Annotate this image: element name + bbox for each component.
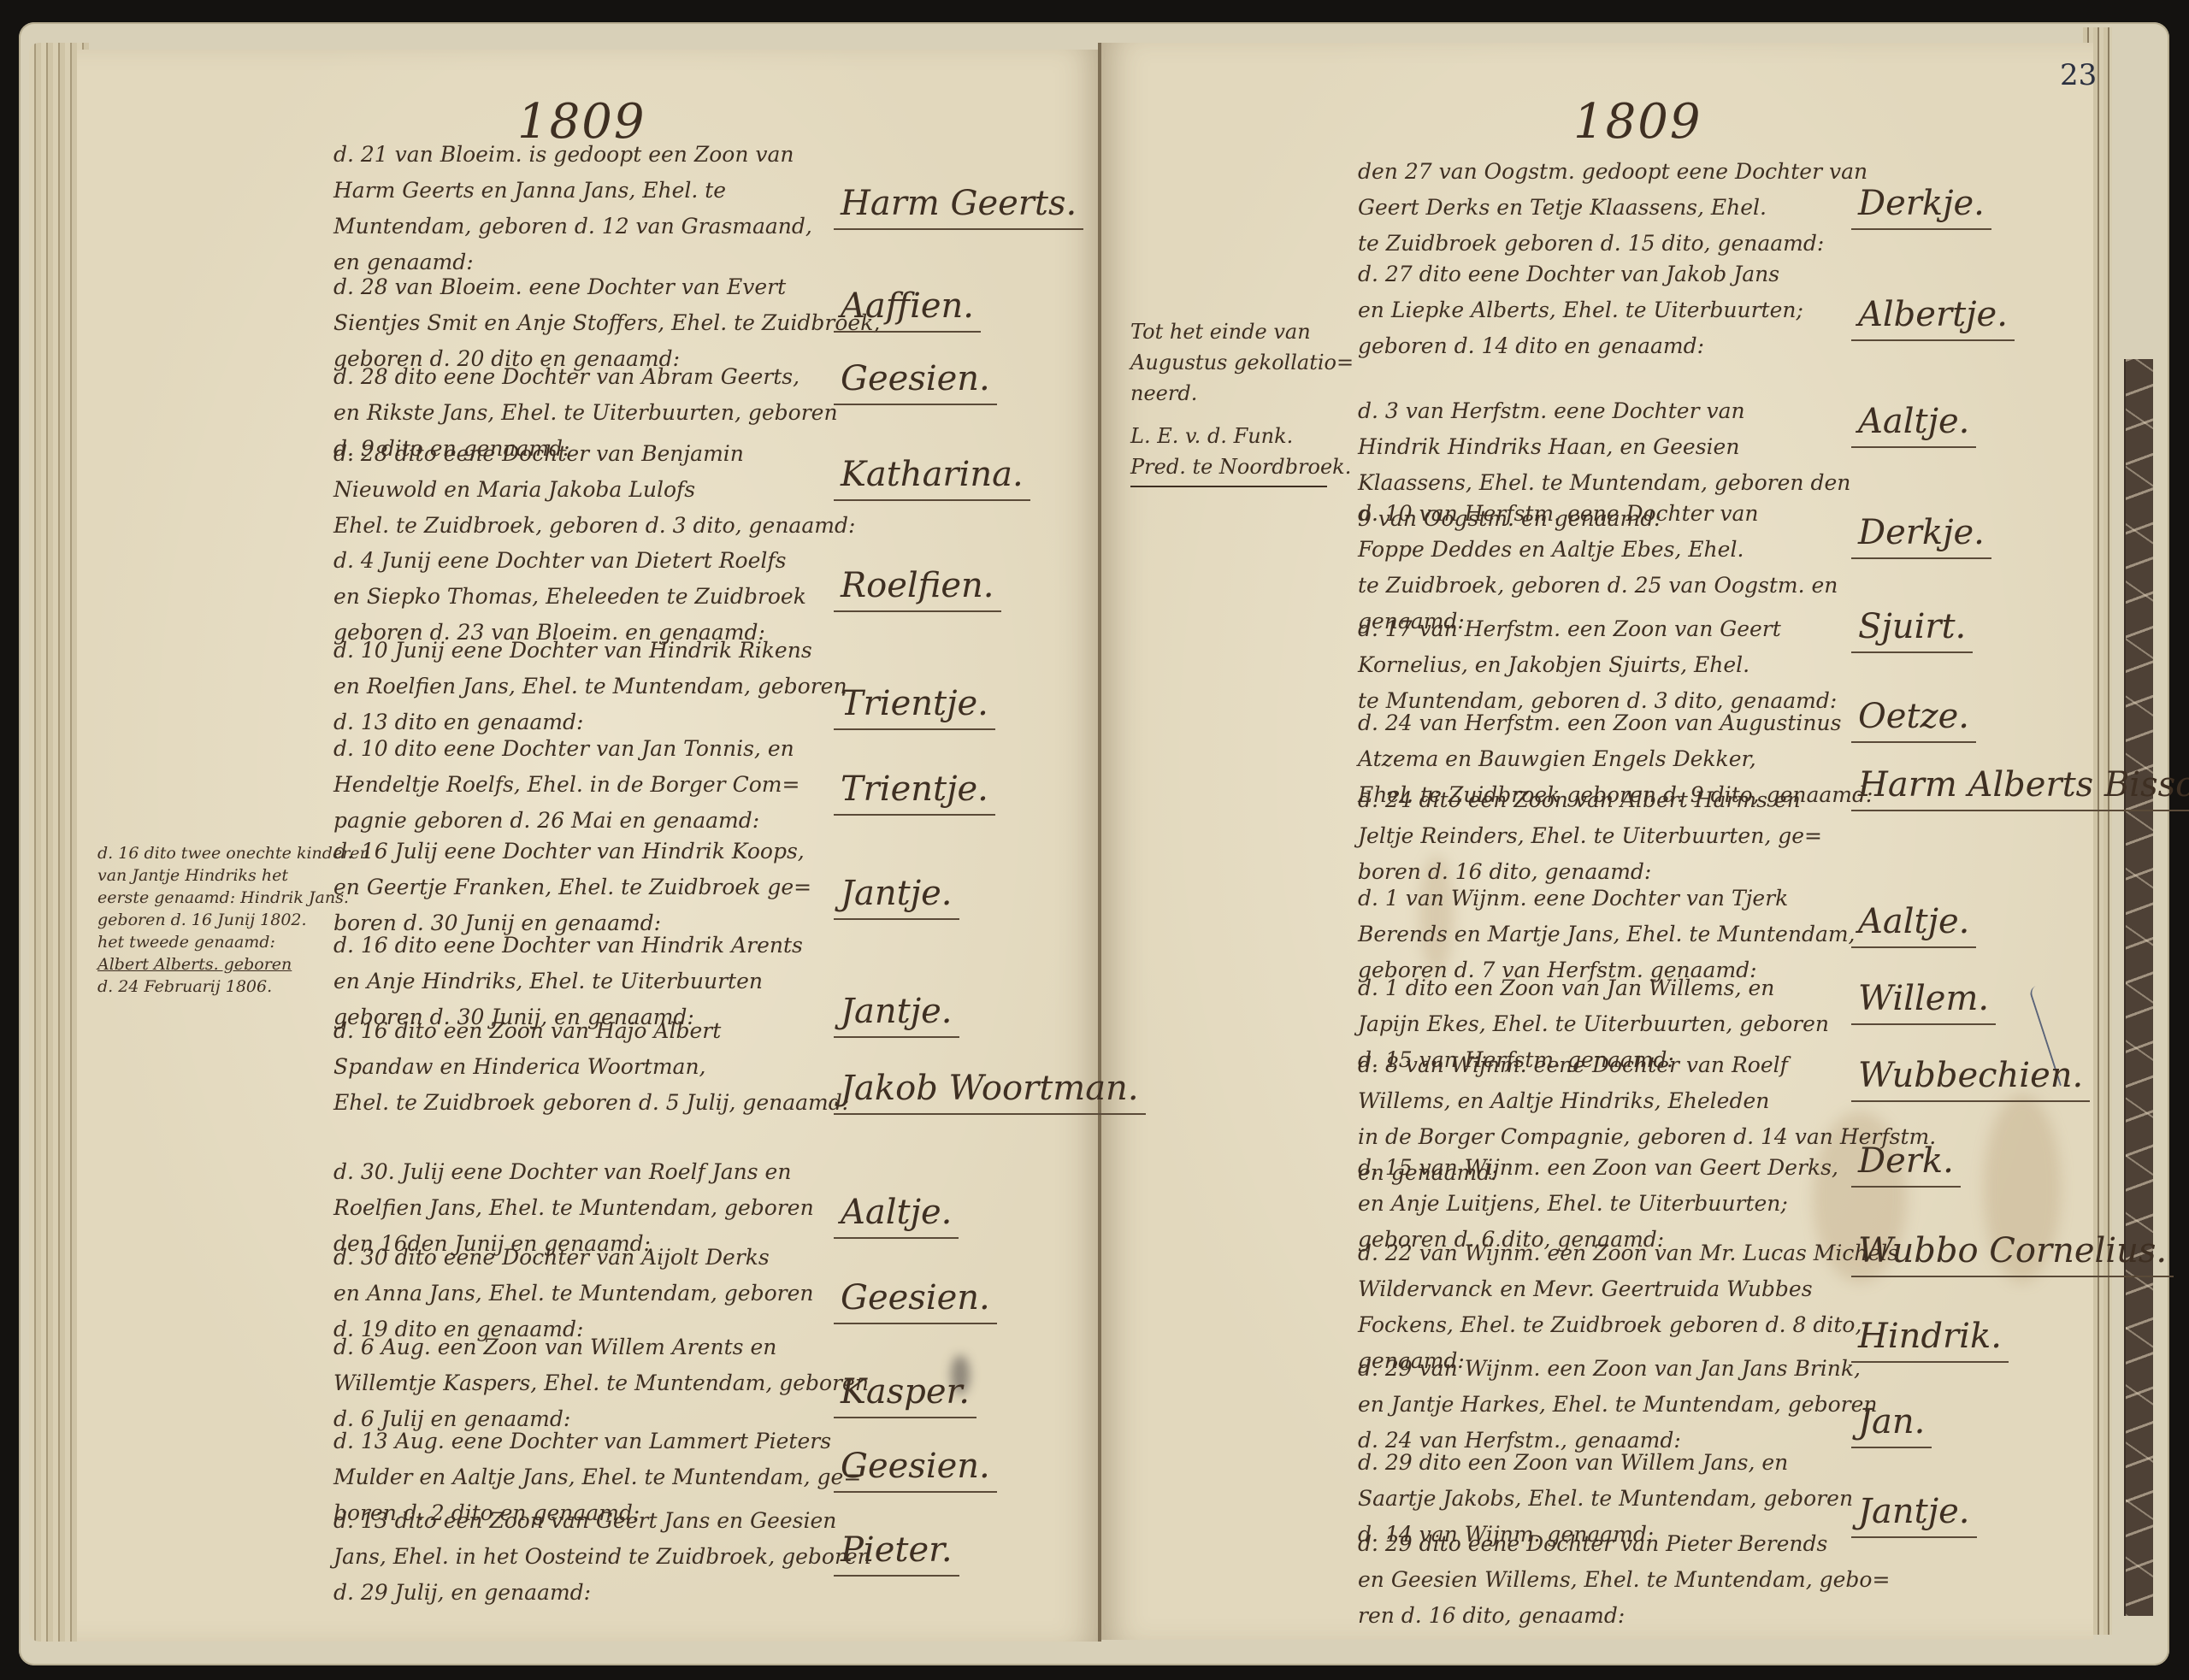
child-name: Harm Geerts. (834, 184, 1083, 230)
child-name: Aaltje. (1851, 902, 1976, 948)
entry-line: Ehel. te Zuidbroek geboren d. 5 Julij, g… (333, 1085, 864, 1121)
collation-line: neerd. (1130, 378, 1354, 409)
entry-line: d. 28 van Bloeim. eene Dochter van Evert (333, 269, 864, 305)
entry-line: Sientjes Smit en Anje Stoffers, Ehel. te… (333, 305, 864, 341)
entry-line: en Geesien Willems, Ehel. te Muntendam, … (1358, 1562, 1888, 1598)
entry-line: ren d. 16 dito, genaamd: (1358, 1598, 1888, 1634)
entry-line: d. 17 van Herfstm. een Zoon van Geert (1358, 611, 1888, 647)
child-name: Geesien. (834, 1447, 997, 1493)
entry-line: Atzema en Bauwgien Engels Dekker, (1358, 741, 1888, 777)
entry-line: Jans, Ehel. in het Oosteind te Zuidbroek… (333, 1539, 864, 1575)
child-name: Roelfien. (834, 566, 1001, 612)
baptism-entry: d. 17 van Herfstm. een Zoon van GeertKor… (1358, 611, 1888, 719)
baptism-entry: d. 6 Aug. een Zoon van Willem Arents enW… (333, 1329, 864, 1437)
entry-line: Roelfien Jans, Ehel. te Muntendam, gebor… (333, 1190, 864, 1226)
child-name: Derk. (1851, 1141, 1961, 1188)
child-name: Oetze. (1851, 697, 1976, 743)
entry-line: Nieuwold en Maria Jakoba Lulofs (333, 472, 864, 508)
child-name: Kasper. (834, 1372, 976, 1418)
child-name: Derkje. (1851, 184, 1991, 230)
book-gutter (1098, 43, 1101, 1642)
margin-note-line: het tweede genaamd: (97, 931, 370, 953)
entry-line: d. 13 dito een Zoon van Geert Jans en Ge… (333, 1503, 864, 1539)
entry-line: en Rikste Jans, Ehel. te Uiterbuurten, g… (333, 395, 864, 431)
entry-line: d. 22 van Wijnm. een Zoon van Mr. Lucas … (1358, 1235, 1888, 1271)
entry-line: d. 27 dito eene Dochter van Jakob Jans (1358, 256, 1888, 292)
entry-line: Japijn Ekes, Ehel. te Uiterbuurten, gebo… (1358, 1006, 1888, 1042)
entry-line: d. 24 van Herfstm. een Zoon van Augustin… (1358, 705, 1888, 741)
entry-line: en Roelfien Jans, Ehel. te Muntendam, ge… (333, 669, 864, 704)
entry-line: d. 29 van Wijnm. een Zoon van Jan Jans B… (1358, 1351, 1888, 1387)
margin-note-line: d. 24 Februarij 1806. (97, 976, 370, 998)
entry-line: Muntendam, geboren d. 12 van Grasmaand, (333, 209, 864, 245)
baptism-entry: d. 21 van Bloeim. is gedoopt een Zoon va… (333, 137, 864, 280)
entry-line: d. 16 Julij eene Dochter van Hindrik Koo… (333, 834, 864, 869)
collation-signature-title: Pred. te Noordbroek. (1130, 451, 1354, 482)
entry-line: Harm Geerts en Janna Jans, Ehel. te (333, 173, 864, 209)
entry-line: Kornelius, en Jakobjen Sjuirts, Ehel. (1358, 647, 1888, 683)
entry-line: d. 29 dito een Zoon van Willem Jans, en (1358, 1445, 1888, 1481)
margin-note-line: Albert Alberts. geboren (97, 953, 370, 976)
margin-note-line: eerste genaamd: Hindrik Jans. (97, 887, 370, 909)
child-name: Aaltje. (1851, 402, 1976, 448)
entry-line: d. 29 dito eene Dochter van Pieter Beren… (1358, 1526, 1888, 1562)
entry-line: te Zuidbroek, geboren d. 25 van Oogstm. … (1358, 568, 1888, 604)
entry-line: en Anje Hindriks, Ehel. te Uiterbuurten (333, 964, 864, 999)
entry-line: Hendeltje Roelfs, Ehel. in de Borger Com… (333, 767, 864, 803)
baptism-entry: d. 27 dito eene Dochter van Jakob Jansen… (1358, 256, 1888, 364)
entry-line: Fockens, Ehel. te Zuidbroek geboren d. 8… (1358, 1307, 1888, 1343)
entry-line: en Geertje Franken, Ehel. te Zuidbroek g… (333, 869, 864, 905)
child-name: Derkje. (1851, 513, 1991, 559)
entry-line: Willemtje Kaspers, Ehel. te Muntendam, g… (333, 1365, 864, 1401)
entry-line: d. 6 Aug. een Zoon van Willem Arents en (333, 1329, 864, 1365)
entry-line: d. 15 van Wijnm. een Zoon van Geert Derk… (1358, 1150, 1888, 1186)
entry-line: Ehel. te Zuidbroek, geboren d. 3 dito, g… (333, 508, 864, 544)
entry-line: en Liepke Alberts, Ehel. te Uiterbuurten… (1358, 292, 1888, 328)
entry-line: d. 30. Julij eene Dochter van Roelf Jans… (333, 1154, 864, 1190)
child-name: Geesien. (834, 359, 997, 405)
child-name: Wubbechien. (1851, 1056, 2090, 1102)
margin-note-line: d. 16 dito twee onechte kinderen (97, 842, 370, 864)
baptism-entry: d. 10 Junij eene Dochter van Hindrik Rik… (333, 633, 864, 740)
collation-line: Tot het einde van (1130, 316, 1354, 347)
baptism-entry: d. 28 dito eene Dochter van BenjaminNieu… (333, 436, 864, 544)
entry-line: Spandaw en Hinderica Woortman, (333, 1049, 864, 1085)
child-name: Wubbo Cornelius. (1851, 1231, 2174, 1277)
baptism-entry: d. 10 dito eene Dochter van Jan Tonnis, … (333, 731, 864, 839)
entry-line: d. 13 Aug. eene Dochter van Lammert Piet… (333, 1424, 864, 1459)
child-name: Geesien. (834, 1278, 997, 1324)
entry-line: Berends en Martje Jans, Ehel. te Muntend… (1358, 917, 1888, 952)
entry-line: d. 24 dito een Zoon van Albert Harms en (1358, 782, 1888, 818)
child-name: Willem. (1851, 979, 1996, 1025)
child-name: Jan. (1851, 1402, 1932, 1448)
child-name: Albertje. (1851, 295, 2015, 341)
folio-number: 23 (2060, 58, 2097, 92)
entry-line: geboren d. 14 dito en genaamd: (1358, 328, 1888, 364)
marbled-cover-edge (2124, 359, 2153, 1616)
entry-line: d. 1 van Wijnm. eene Dochter van Tjerk (1358, 881, 1888, 917)
baptism-entry: d. 16 Julij eene Dochter van Hindrik Koo… (333, 834, 864, 941)
child-name: Jakob Woortman. (834, 1069, 1146, 1115)
entry-line: Foppe Deddes en Aaltje Ebes, Ehel. (1358, 532, 1888, 568)
baptism-entry: d. 29 van Wijnm. een Zoon van Jan Jans B… (1358, 1351, 1888, 1459)
signature-flourish (1130, 486, 1327, 487)
child-name: Jantje. (1851, 1492, 1977, 1538)
entry-line: d. 3 van Herfstm. eene Dochter van (1358, 393, 1888, 429)
child-name: Aaltje. (834, 1193, 959, 1239)
margin-note-line: van Jantje Hindriks het (97, 864, 370, 887)
entry-line: d. 10 dito eene Dochter van Jan Tonnis, … (333, 731, 864, 767)
margin-note-illegitimate-children: d. 16 dito twee onechte kinderen van Jan… (97, 842, 370, 998)
entry-line: d. 21 van Bloeim. is gedoopt een Zoon va… (333, 137, 864, 173)
entry-line: en Jantje Harkes, Ehel. te Muntendam, ge… (1358, 1387, 1888, 1423)
entry-line: Jeltje Reinders, Ehel. te Uiterbuurten, … (1358, 818, 1888, 854)
child-name: Sjuirt. (1851, 607, 1973, 653)
entry-line: Wildervanck en Mevr. Geertruida Wubbes (1358, 1271, 1888, 1307)
entry-line: d. 29 Julij, en genaamd: (333, 1575, 864, 1611)
entry-line: d. 28 dito eene Dochter van Benjamin (333, 436, 864, 472)
margin-note-line: geboren d. 16 Junij 1802. (97, 909, 370, 931)
baptism-entry: d. 13 dito een Zoon van Geert Jans en Ge… (333, 1503, 864, 1611)
entry-line: d. 28 dito eene Dochter van Abram Geerts… (333, 359, 864, 395)
child-name: Pieter. (834, 1530, 959, 1577)
entry-line: Saartje Jakobs, Ehel. te Muntendam, gebo… (1358, 1481, 1888, 1517)
baptism-entry: d. 29 dito eene Dochter van Pieter Beren… (1358, 1526, 1888, 1634)
entry-line: d. 1 dito een Zoon van Jan Willems, en (1358, 970, 1888, 1006)
entry-line: d. 30 dito eene Dochter van Aijolt Derks (333, 1240, 864, 1276)
entry-line: d. 8 van Wijnm. eene Dochter van Roelf (1358, 1047, 1888, 1083)
baptism-entry: d. 16 dito een Zoon van Hajo AlbertSpand… (333, 1013, 864, 1121)
entry-line: Hindrik Hindriks Haan, en Geesien (1358, 429, 1888, 465)
entry-line: d. 16 dito een Zoon van Hajo Albert (333, 1013, 864, 1049)
collation-line: Augustus gekollatio= (1130, 347, 1354, 378)
entry-line: Geert Derks en Tetje Klaassens, Ehel. (1358, 190, 1888, 226)
entry-line: d. 4 Junij eene Dochter van Dietert Roel… (333, 543, 864, 579)
entry-line: Mulder en Aaltje Jans, Ehel. te Muntenda… (333, 1459, 864, 1495)
collation-signature: L. E. v. d. Funk. (1130, 421, 1354, 451)
child-name: Hindrik. (1851, 1317, 2009, 1363)
entry-line: d. 10 Junij eene Dochter van Hindrik Rik… (333, 633, 864, 669)
child-name: Trientje. (834, 684, 995, 730)
child-name: Jantje. (834, 874, 959, 920)
entry-line: en Siepko Thomas, Eheleeden te Zuidbroek (333, 579, 864, 615)
entry-line: den 27 van Oogstm. gedoopt eene Dochter … (1358, 154, 1888, 190)
baptism-entry: d. 24 dito een Zoon van Albert Harms enJ… (1358, 782, 1888, 890)
child-name: Katharina. (834, 455, 1030, 501)
child-name: Trientje. (834, 769, 995, 816)
entry-line: en Anna Jans, Ehel. te Muntendam, gebore… (333, 1276, 864, 1312)
baptism-entry: den 27 van Oogstm. gedoopt eene Dochter … (1358, 154, 1888, 262)
entry-line: d. 16 dito eene Dochter van Hindrik Aren… (333, 928, 864, 964)
year-heading-right: 1809 (1573, 94, 1702, 150)
entry-line: Willems, en Aaltje Hindriks, Eheleden (1358, 1083, 1888, 1119)
child-name: Harm Alberts Bisschop. (1851, 765, 2189, 811)
entry-line: en Anje Luitjens, Ehel. te Uiterbuurten; (1358, 1186, 1888, 1222)
child-name: Aaffien. (834, 286, 981, 333)
entry-line: d. 10 van Herfstm. eene Dochter van (1358, 496, 1888, 532)
collation-note: Tot het einde van Augustus gekollatio= n… (1130, 316, 1354, 487)
